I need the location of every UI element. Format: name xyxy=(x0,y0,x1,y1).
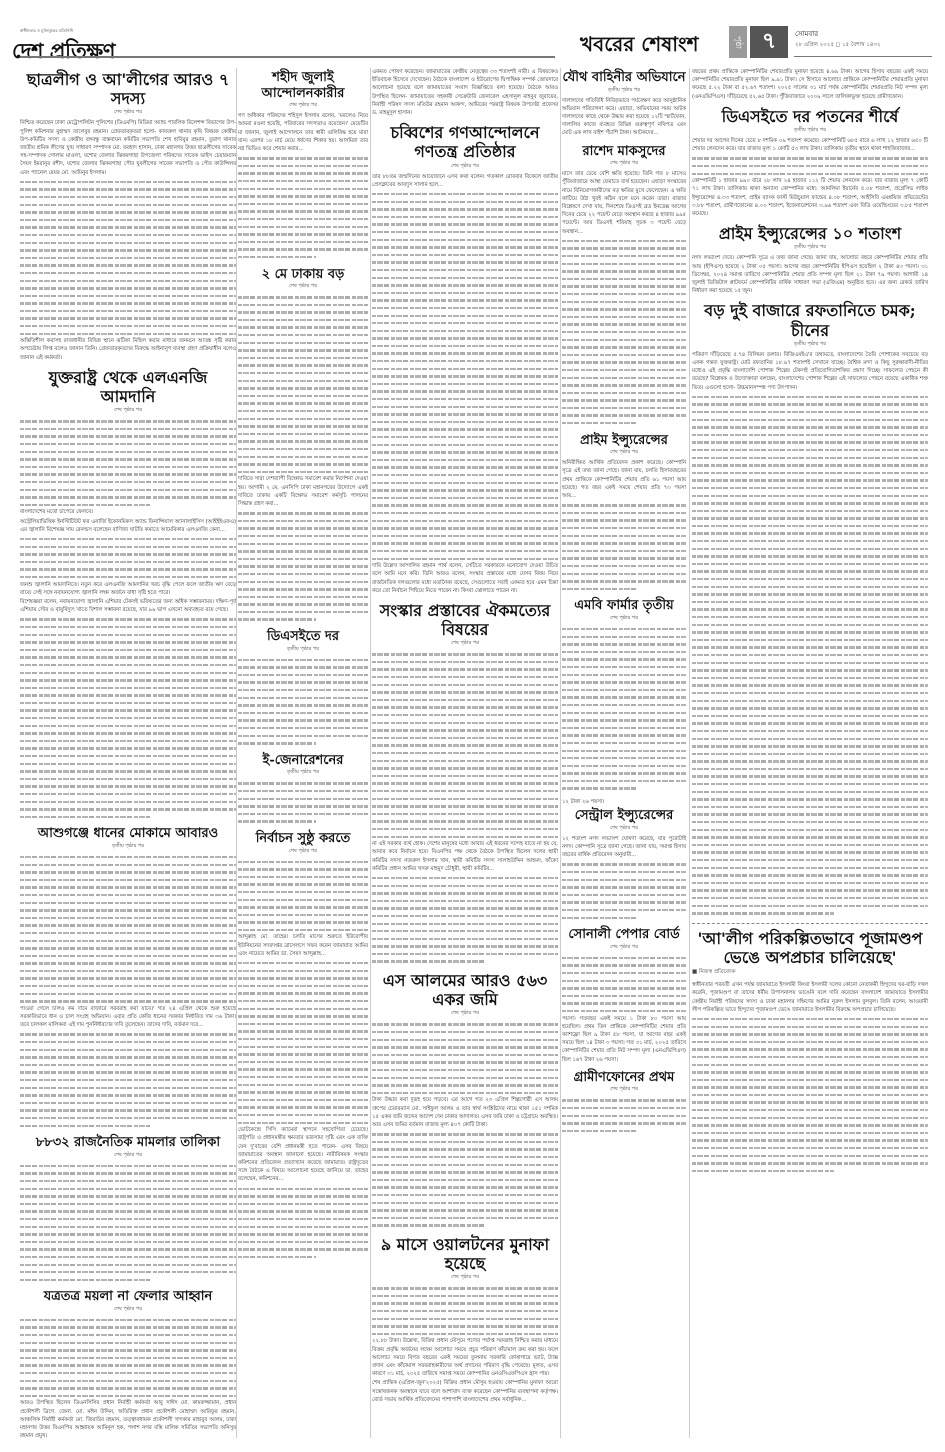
headline[interactable]: যৌথ বাহিনীর অভিযানে xyxy=(562,70,686,86)
continued-label: শেষ পৃষ্ঠার পর xyxy=(238,283,368,291)
story-awami-league-puja-mandap: 'আ'লীগ পরিকল্পিতভাবে পূজামণ্ডপ ভেঙে অপপ্… xyxy=(692,923,928,1175)
continued-label: তৃতীয় পৃষ্ঠার পর xyxy=(20,843,236,851)
story-fair-election: নির্বাচন সুষ্ঠু করতে শেষ পৃষ্ঠার পর আব্দ… xyxy=(238,831,368,1261)
column-divider xyxy=(689,68,690,1438)
date-block: সোমবার ২৮ এপ্রিল ২০২৫ ◻ ১৫ বৈশাখ ১৪৩২ xyxy=(795,28,881,50)
continued-label: তৃতীয় পৃষ্ঠার পর xyxy=(692,341,928,349)
story-waste-disposal-appeal: যত্রতত্র ময়লা না ফেলার আহ্বান শেষ পৃষ্ঠ… xyxy=(20,1289,236,1440)
continued-label: শেষ পৃষ্ঠার পর xyxy=(372,640,558,648)
story-mb-pharma: এমবি ফার্মার তৃতীয় শেষ পৃষ্ঠার পর xyxy=(562,598,686,792)
column-divider xyxy=(560,68,561,1438)
page-label: পৃষ্ঠা xyxy=(729,26,747,58)
story-grameenphone-first: গ্রামীণফোনের প্রথম শেষ পৃষ্ঠার পর xyxy=(562,1070,686,1135)
article-body: স্বাধীনতার পরবর্তী এখন পর্যন্ত জামায়াতে… xyxy=(692,981,928,1174)
column-2: শহীদ জুলাই আন্দোলনকারীর শেষ পৃষ্ঠার পর গ… xyxy=(238,68,368,1267)
continued-label: শেষ পৃষ্ঠার পর xyxy=(238,848,368,856)
headline[interactable]: ই-জেনারেশনের xyxy=(238,753,368,769)
column-1: ছাত্রলীগ ও আ'লীগের আরও ৭ সদস্য শেষ পৃষ্ঠ… xyxy=(20,68,236,1446)
headline[interactable]: ৮৮৩২ রাজনৈতিক মামলার তালিকা xyxy=(20,1135,236,1151)
continued-label: শেষ পৃষ্ঠার পর xyxy=(20,407,236,415)
article-body: মাসে তার চেয়ে বেশি ক্ষতি হয়েছে। তিনি গ… xyxy=(562,170,686,426)
article-body: টাকা উদ্ধার করা দুরূহ হয়ে পড়বে। এর আগে… xyxy=(372,1020,558,1228)
story-export-markets: বড় দুই বাজারে রফতানিতে চমক; চীনের তৃতীয… xyxy=(692,301,928,916)
article-body: দাবিতে সারা দেশব্যাপী বিক্ষোভ সমাবেশ করা… xyxy=(238,293,368,623)
headline[interactable]: প্রাইম ইন্স্যুরেন্সের xyxy=(562,433,686,449)
headline[interactable]: গ্রামীণফোনের প্রথম xyxy=(562,1070,686,1086)
article-body: নিশ্চিত করেছেন ঢাকা মেট্রোপলিটন পুলিশের … xyxy=(20,119,236,362)
article-body: দালালদের গতিবিধি নিবিড়ভাবে পর্যবেক্ষণ ক… xyxy=(562,97,686,138)
article-body: না এই সরকার ব্যর্থ হোক। দেশের মানুষের মধ… xyxy=(372,650,558,965)
headline[interactable]: ২ মে ঢাকায় বড় xyxy=(238,267,368,283)
continued-label: শেষ পৃষ্ঠার পর xyxy=(20,109,236,117)
article-body: তার ৮৮তম জন্মদিনের আয়োজনে এসব কথা বলেন।… xyxy=(372,173,558,595)
story-chhatra-league: ছাত্রলীগ ও আ'লীগের আরও ৭ সদস্য শেষ পৃষ্ঠ… xyxy=(20,70,236,362)
issue-date: ২৮ এপ্রিল ২০২৫ ◻ ১৫ বৈশাখ ১৪৩২ xyxy=(795,42,881,50)
story-reform-consensus: সংস্কার প্রস্তাবের ঐকমত্যের বিষয়ের শেষ … xyxy=(372,601,558,965)
headline[interactable]: যত্রতত্র ময়লা না ফেলার আহ্বান xyxy=(20,1289,236,1305)
continued-label: শেষ পৃষ্ঠার পর xyxy=(372,1274,558,1282)
headline[interactable]: এমবি ফার্মার তৃতীয় xyxy=(562,598,686,614)
article-body: আব্দুল্লাহ মো. তাহের। চলতি মাসের শুরুতে … xyxy=(238,858,368,1261)
masthead: স্বাধীনতার ও মুক্তিযুদ্ধের প্রতিনিধি দেশ… xyxy=(0,0,945,58)
column-4: যৌথ বাহিনীর অভিযানে তৃতীয় পৃষ্ঠার পর দা… xyxy=(562,68,686,1140)
story-joint-forces-drive: যৌথ বাহিনীর অভিযানে তৃতীয় পৃষ্ঠার পর দা… xyxy=(562,70,686,138)
column-divider xyxy=(370,68,371,1438)
article-body: ১২ শতাংশ নগদ লভ্যাংশ ঘোষণা করেছে, যার পু… xyxy=(562,835,686,921)
story-prime-insurance-dividend: প্রাইম ইন্স্যুরেন্সের ১০ শতাংশ তৃতীয় পৃ… xyxy=(692,224,928,295)
article-body xyxy=(238,656,368,747)
column-3: একমত পোষণ করেছেন। জামায়াতের কেন্দ্রীয় … xyxy=(372,68,558,1410)
continued-label: শেষ পৃষ্ঠার পর xyxy=(562,1086,686,1094)
article-body: একমত পোষণ করেছেন। জামায়াতের কেন্দ্রীয় … xyxy=(372,68,558,117)
continued-label: তৃতীয় পৃষ্ঠার পর xyxy=(692,127,928,135)
headline[interactable]: এস আলমের আরও ৫৬৩ একর জমি xyxy=(372,971,558,1009)
article-body xyxy=(238,779,368,825)
headline[interactable]: নির্বাচন সুষ্ঠু করতে xyxy=(238,831,368,847)
story-walton-profit: ৯ মাসে ওয়ালটনের মুনাফা হয়েছে শেষ পৃষ্ঠ… xyxy=(372,1235,558,1404)
continued-label: শেষ পৃষ্ঠার পর xyxy=(20,1152,236,1160)
article-body: ২২.৮৮ টাকা। উল্লেখ্য, বিক্রির প্রধান মৌস… xyxy=(372,1284,558,1404)
continued-label: শেষ পৃষ্ঠার পর xyxy=(20,1306,236,1314)
headline[interactable]: প্রাইম ইন্স্যুরেন্সের ১০ শতাংশ xyxy=(692,224,928,243)
headline[interactable]: সংস্কার প্রস্তাবের ঐকমত্যের বিষয়ের xyxy=(372,601,558,639)
masthead-rule xyxy=(20,56,555,58)
weekday: সোমবার xyxy=(795,28,881,40)
continued-label: শেষ পৃষ্ঠার পর xyxy=(372,163,558,171)
article-body: শেয়ার দর আগের দিনের চেয়ে ৮ দশমিক ০৯ শত… xyxy=(692,137,928,218)
article-body: পাওয়া গেলে চালও কম দামে বাজারে সরবরাহ ক… xyxy=(20,853,236,1129)
headline[interactable]: ডিএসইতে দর xyxy=(238,629,368,645)
story-sonali-paper: সোনালী পেপার বোর্ড শেষ পৃষ্ঠার পর পয়সা।… xyxy=(562,927,686,1064)
continued-label: শেষ পৃষ্ঠার পর xyxy=(238,102,368,110)
headline[interactable]: বড় দুই বাজারে রফতানিতে চমক; চীনের xyxy=(692,301,928,339)
story-ashuganj-paddy: আশুগঞ্জে ধানের মোকামে আবারও তৃতীয় পৃষ্ঠ… xyxy=(20,826,236,1129)
continued-label: তৃতীয় পৃষ্ঠার পর xyxy=(238,769,368,777)
article-body: বাংলাদেশের মতো চাপেরে ফেলবে। অস্ট্রেলিয়… xyxy=(20,417,236,820)
article-body xyxy=(562,1096,686,1134)
date-rule xyxy=(794,56,932,57)
article-body: বছরের প্রথম প্রান্তিকে কোম্পানিটির শেয়া… xyxy=(692,68,928,101)
headline[interactable]: রাশেদ মাকসুদের xyxy=(562,144,686,160)
continued-label: তৃতীয় পৃষ্ঠার পর xyxy=(238,646,368,654)
headline[interactable]: ডিএসইতে দর পতনের শীর্ষে xyxy=(692,107,928,126)
byline: ■ নিজস্ব প্রতিবেদক xyxy=(692,969,928,977)
headline[interactable]: শহীদ জুলাই আন্দোলনকারীর xyxy=(238,70,368,101)
continued-label: শেষ পৃষ্ঠার পর xyxy=(562,615,686,623)
newspaper-logo-block: স্বাধীনতার ও মুক্তিযুদ্ধের প্রতিনিধি দেশ… xyxy=(12,28,115,70)
column-divider xyxy=(236,68,237,1438)
story-may2-dhaka-rally: ২ মে ঢাকায় বড় শেষ পৃষ্ঠার পর দাবিতে সা… xyxy=(238,267,368,624)
section-title: খবরের শেষাংশ xyxy=(580,30,699,63)
story-s-alam-land: এস আলমের আরও ৫৬৩ একর জমি শেষ পৃষ্ঠার পর … xyxy=(372,971,558,1229)
headline[interactable]: সেন্ট্রাল ইন্স্যুরেন্সের xyxy=(562,808,686,824)
headline[interactable]: যুক্তরাষ্ট্র থেকে এলএনজি আমদানি xyxy=(20,368,236,406)
headline[interactable]: চব্বিশের গণআন্দোলনে গণতন্ত্র প্রতিষ্ঠার xyxy=(372,123,558,161)
article-body: পয়সা। গতবছর একই সময়ে ১ টাকা ৮০ পয়সা আ… xyxy=(562,954,686,1064)
headline[interactable]: আশুগঞ্জে ধানের মোকামে আবারও xyxy=(20,826,236,842)
story-rashed-maksud: রাশেদ মাকসুদের শেষ পৃষ্ঠার পর মাসে তার চ… xyxy=(562,144,686,427)
story-central-insurance: ১২ টাকা ২৬ পয়সা। সেন্ট্রাল ইন্স্যুরেন্স… xyxy=(562,798,686,921)
headline[interactable]: ছাত্রলীগ ও আ'লীগের আরও ৭ সদস্য xyxy=(20,70,236,108)
article-body: গণ অধিকার পরিষদের শহিদুল ইসলাম বলেন, 'মর… xyxy=(238,112,368,260)
story-july-movement-martyr: শহীদ জুলাই আন্দোলনকারীর শেষ পৃষ্ঠার পর গ… xyxy=(238,70,368,261)
column-5: বছরের প্রথম প্রান্তিকে কোম্পানিটির শেয়া… xyxy=(692,68,928,1180)
story-democracy-mass-uprising: চব্বিশের গণআন্দোলনে গণতন্ত্র প্রতিষ্ঠার … xyxy=(372,123,558,595)
headline[interactable]: 'আ'লীগ পরিকল্পিতভাবে পূজামণ্ডপ ভেঙে অপপ্… xyxy=(692,929,928,967)
continued-label: তৃতীয় পৃষ্ঠার পর xyxy=(562,87,686,95)
story-gp-eps: বছরের প্রথম প্রান্তিকে কোম্পানিটির শেয়া… xyxy=(692,68,928,101)
article-body: পরিমাণ দাঁড়িয়েছে ৫.৭৪ বিলিয়ন ডলার। বি… xyxy=(692,351,928,917)
story-dse-top-losers: ডিএসইতে দর পতনের শীর্ষে তৃতীয় পৃষ্ঠার প… xyxy=(692,107,928,218)
continued-label: শেষ পৃষ্ঠার পর xyxy=(562,160,686,168)
continued-label: শেষ পৃষ্ঠার পর xyxy=(562,825,686,833)
article-body: নগদ লভ্যাংশ দেবে। কোম্পানি সূত্রে এ তথ্য… xyxy=(692,254,928,295)
newspaper-logo: দেশ প্রতিক্ষণ xyxy=(12,38,115,63)
continued-label: শেষ পৃষ্ঠার পর xyxy=(562,449,686,457)
continued-label: শেষ পৃষ্ঠার পর xyxy=(562,944,686,952)
continued-label: শেষ পৃষ্ঠার পর xyxy=(372,1010,558,1018)
headline[interactable]: ৯ মাসে ওয়ালটনের মুনাফা হয়েছে xyxy=(372,1235,558,1273)
headline[interactable]: সোনালী পেপার বোর্ড xyxy=(562,927,686,943)
page-number: ৭ xyxy=(750,26,788,58)
article-body xyxy=(20,1162,236,1284)
story-prime-insurance: প্রাইম ইন্স্যুরেন্সের শেষ পৃষ্ঠার পর অনি… xyxy=(562,433,686,593)
continued-label: তৃতীয় পৃষ্ঠার পর xyxy=(692,244,928,252)
story-us-lng-import: যুক্তরাষ্ট্র থেকে এলএনজি আমদানি শেষ পৃষ্… xyxy=(20,368,236,821)
story-political-cases-list: ৮৮৩২ রাজনৈতিক মামলার তালিকা শেষ পৃষ্ঠার … xyxy=(20,1135,236,1283)
story-egeneration: ই-জেনারেশনের তৃতীয় পৃষ্ঠার পর xyxy=(238,753,368,825)
masthead-tagline: স্বাধীনতার ও মুক্তিযুদ্ধের প্রতিনিধি xyxy=(20,28,115,35)
article-body: আরও উপস্থিত ছিলেন ডিএনসিসির প্রধান নির্ব… xyxy=(20,1316,236,1441)
article-body xyxy=(562,625,686,792)
story-jamaat-eu: একমত পোষণ করেছেন। জামায়াতের কেন্দ্রীয় … xyxy=(372,68,558,117)
story-dse-price: ডিএসইতে দর তৃতীয় পৃষ্ঠার পর xyxy=(238,629,368,747)
article-body: অনিরীক্ষিত আর্থিক প্রতিবেদন প্রকাশ করেছে… xyxy=(562,459,686,592)
